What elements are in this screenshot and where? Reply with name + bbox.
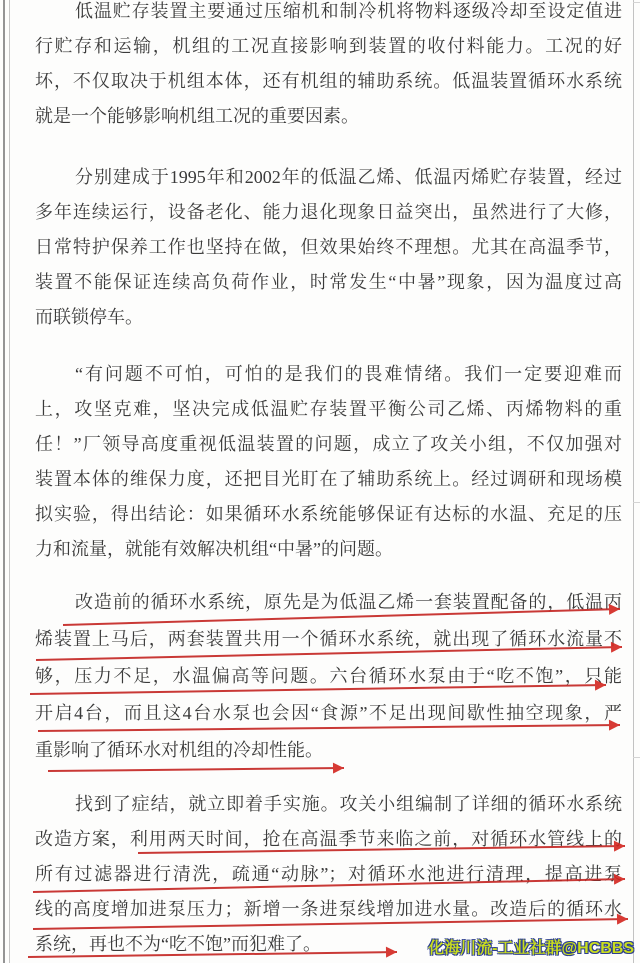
- text-line: 低温贮存装置主要通过压缩机和制冷机将物料逐级冷却至设定值进: [35, 0, 622, 29]
- text-line: 装置不能保证连续高负荷作业，时常发生“中暑”现象，因为温度过高: [35, 265, 622, 300]
- right-tick-top: [633, 2, 640, 3]
- scanned-document-page: 低温贮存装置主要通过压缩机和制冷机将物料逐级冷却至设定值进 行贮存和运输，机组的…: [0, 0, 640, 963]
- left-border-outer: [3, 0, 5, 963]
- text-line: 改造方案，利用两天时间，抢在高温季节来临之前，对循环水管线上的: [35, 822, 622, 857]
- paragraph-4: 改造前的循环水系统，原先是为低温乙烯一套装置配备的，低温丙 烯装置上马后，两套装…: [35, 584, 622, 769]
- right-tick-bottom: [633, 757, 640, 758]
- text-line: 上，攻坚克难，坚决完成低温贮存装置平衡公司乙烯、丙烯物料的重: [35, 392, 622, 427]
- right-border: [633, 0, 634, 963]
- paragraph-3: “有问题不可怕，可怕的是我们的畏难情绪。我们一定要迎难而 上，攻坚克难，坚决完成…: [35, 357, 622, 567]
- text-line: 就是一个能够影响机组工况的重要因素。: [35, 99, 622, 134]
- text-line: 装置本体的维保力度，还把目光盯在了辅助系统上。经过调研和现场模: [35, 462, 622, 497]
- paragraph-2: 分别建成于1995年和2002年的低温乙烯、低温丙烯贮存装置，经过 多年连续运行…: [35, 160, 622, 335]
- text-line: 开启4台，而且这4台水泵也会因“食源”不足出现间歇性抽空现象，严: [35, 695, 622, 732]
- text-line: 线的高度增加进泵压力；新增一条进泵线增加进水量。改造后的循环水: [35, 892, 622, 927]
- text-line: “有问题不可怕，可怕的是我们的畏难情绪。我们一定要迎难而: [35, 357, 622, 392]
- watermark: 化海川流-工业社群@HCBBS: [428, 935, 634, 958]
- right-tick-middle: [633, 502, 640, 503]
- text-line: 日常特护保养工作也坚持在做，但效果始终不理想。尤其在高温季节，: [35, 230, 622, 265]
- text-line: 所有过滤器进行清洗，疏通“动脉”；对循环水池进行清理，提高进泵: [35, 857, 622, 892]
- text-line: 找到了症结，就立即着手实施。攻关小组编制了详细的循环水系统: [35, 787, 622, 822]
- left-border-inner: [9, 0, 10, 963]
- text-line: 任！”厂领导高度重视低温装置的问题，成立了攻关小组，不仅加强对: [35, 427, 622, 462]
- paragraph-1: 低温贮存装置主要通过压缩机和制冷机将物料逐级冷却至设定值进 行贮存和运输，机组的…: [35, 0, 622, 134]
- text-line: 分别建成于1995年和2002年的低温乙烯、低温丙烯贮存装置，经过: [35, 160, 622, 195]
- text-line: 多年连续运行，设备老化、能力退化现象日益突出，虽然进行了大修，: [35, 195, 622, 230]
- text-line: 力和流量，就能有效解决机组“中暑”的问题。: [35, 532, 622, 567]
- text-line: 坏，不仅取决于机组本体，还有机组的辅助系统。低温装置循环水系统: [35, 64, 622, 99]
- text-line: 改造前的循环水系统，原先是为低温乙烯一套装置配备的，低温丙: [35, 584, 622, 621]
- text-line: 拟实验，得出结论：如果循环水系统能够保证有达标的水温、充足的压: [35, 497, 622, 532]
- text-line: 够，压力不足，水温偏高等问题。六台循环水泵由于“吃不饱”，只能: [35, 658, 622, 695]
- text-line: 而联锁停车。: [35, 300, 622, 335]
- text-line: 行贮存和运输，机组的工况直接影响到装置的收付料能力。工况的好: [35, 29, 622, 64]
- text-line: 重影响了循环水对机组的冷却性能。: [35, 732, 622, 769]
- text-line: 烯装置上马后，两套装置共用一个循环水系统，就出现了循环水流量不: [35, 621, 622, 658]
